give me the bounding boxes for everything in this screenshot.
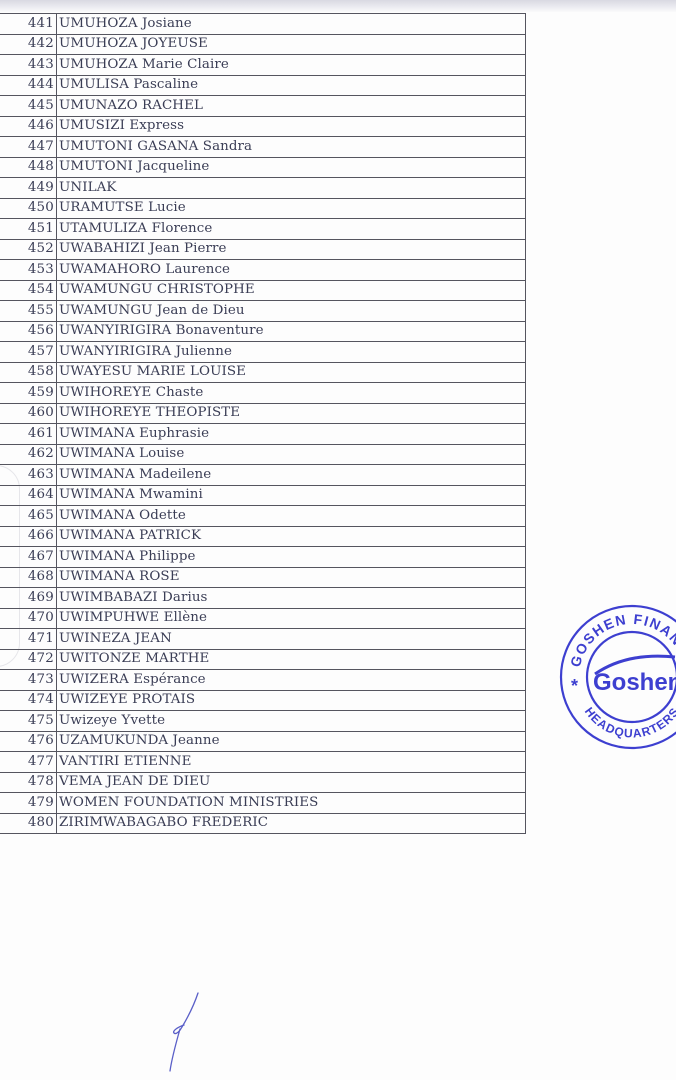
row-number: 462 bbox=[0, 444, 57, 465]
row-number: 464 bbox=[0, 485, 57, 506]
beneficiary-name: UNILAK bbox=[57, 178, 526, 199]
table-row: 477VANTIRI ETIENNE bbox=[0, 752, 526, 773]
beneficiary-name: UMUTONI GASANA Sandra bbox=[57, 137, 526, 158]
row-number: 458 bbox=[0, 362, 57, 383]
beneficiary-name: UWIMANA Euphrasie bbox=[57, 424, 526, 445]
row-number: 445 bbox=[0, 96, 57, 117]
row-number: 455 bbox=[0, 301, 57, 322]
beneficiary-name: UWAYESU MARIE LOUISE bbox=[57, 362, 526, 383]
row-number: 480 bbox=[0, 813, 57, 834]
row-number: 466 bbox=[0, 526, 57, 547]
beneficiary-name: UWANYIRIGIRA Bonaventure bbox=[57, 321, 526, 342]
table-row: 475Uwizeye Yvette bbox=[0, 711, 526, 732]
stamp-logo-text: Goshen bbox=[593, 669, 676, 696]
table-row: 449UNILAK bbox=[0, 178, 526, 199]
table-row: 473UWIZERA Espérance bbox=[0, 670, 526, 691]
row-number: 470 bbox=[0, 608, 57, 629]
row-number: 463 bbox=[0, 465, 57, 486]
row-number: 452 bbox=[0, 239, 57, 260]
table-row: 451UTAMULIZA Florence bbox=[0, 219, 526, 240]
beneficiary-name: UWIMBABAZI Darius bbox=[57, 588, 526, 609]
beneficiary-name: UZAMUKUNDA Jeanne bbox=[57, 731, 526, 752]
row-number: 450 bbox=[0, 198, 57, 219]
table-row: 479WOMEN FOUNDATION MINISTRIES bbox=[0, 793, 526, 814]
table-row: 466UWIMANA PATRICK bbox=[0, 526, 526, 547]
row-number: 446 bbox=[0, 116, 57, 137]
table-row: 443UMUHOZA Marie Claire bbox=[0, 55, 526, 76]
row-number: 479 bbox=[0, 793, 57, 814]
table-row: 469UWIMBABAZI Darius bbox=[0, 588, 526, 609]
beneficiary-name: UWAMAHORO Laurence bbox=[57, 260, 526, 281]
table-row: 453UWAMAHORO Laurence bbox=[0, 260, 526, 281]
beneficiary-name: UWIMANA Philippe bbox=[57, 547, 526, 568]
beneficiary-table-body: 441UMUHOZA Josiane442UMUHOZA JOYEUSE443U… bbox=[0, 14, 526, 834]
beneficiary-name: UWITONZE MARTHE bbox=[57, 649, 526, 670]
row-number: 461 bbox=[0, 424, 57, 445]
beneficiary-table: 441UMUHOZA Josiane442UMUHOZA JOYEUSE443U… bbox=[0, 13, 526, 834]
beneficiary-name: UWANYIRIGIRA Julienne bbox=[57, 342, 526, 363]
table-row: 467UWIMANA Philippe bbox=[0, 547, 526, 568]
row-number: 448 bbox=[0, 157, 57, 178]
table-row: 468UWIMANA ROSE bbox=[0, 567, 526, 588]
beneficiary-name: UWAMUNGU CHRISTOPHE bbox=[57, 280, 526, 301]
table-row: 455UWAMUNGU Jean de Dieu bbox=[0, 301, 526, 322]
beneficiary-name: UWIMPUHWE Ellène bbox=[57, 608, 526, 629]
beneficiary-name: UWIMANA Louise bbox=[57, 444, 526, 465]
row-number: 459 bbox=[0, 383, 57, 404]
table-row: 472UWITONZE MARTHE bbox=[0, 649, 526, 670]
row-number: 460 bbox=[0, 403, 57, 424]
row-number: 467 bbox=[0, 547, 57, 568]
beneficiary-name: UTAMULIZA Florence bbox=[57, 219, 526, 240]
table-row: 441UMUHOZA Josiane bbox=[0, 14, 526, 35]
table-row: 461UWIMANA Euphrasie bbox=[0, 424, 526, 445]
row-number: 468 bbox=[0, 567, 57, 588]
beneficiary-name: VEMA JEAN DE DIEU bbox=[57, 772, 526, 793]
row-number: 456 bbox=[0, 321, 57, 342]
table-row: 456UWANYIRIGIRA Bonaventure bbox=[0, 321, 526, 342]
table-row: 447UMUTONI GASANA Sandra bbox=[0, 137, 526, 158]
page-top-shadow bbox=[0, 0, 676, 12]
beneficiary-name: UMULISA Pascaline bbox=[57, 75, 526, 96]
beneficiary-name: Uwizeye Yvette bbox=[57, 711, 526, 732]
beneficiary-name: UWINEZA JEAN bbox=[57, 629, 526, 650]
beneficiary-name: UWIZEYE PROTAIS bbox=[57, 690, 526, 711]
beneficiary-name: UMUHOZA JOYEUSE bbox=[57, 34, 526, 55]
beneficiary-name: UWIZERA Espérance bbox=[57, 670, 526, 691]
table-row: 450URAMUTSE Lucie bbox=[0, 198, 526, 219]
table-row: 471UWINEZA JEAN bbox=[0, 629, 526, 650]
row-number: 441 bbox=[0, 14, 57, 35]
beneficiary-name: UWIMANA PATRICK bbox=[57, 526, 526, 547]
row-number: 447 bbox=[0, 137, 57, 158]
beneficiary-name: VANTIRI ETIENNE bbox=[57, 752, 526, 773]
row-number: 457 bbox=[0, 342, 57, 363]
beneficiary-name: WOMEN FOUNDATION MINISTRIES bbox=[57, 793, 526, 814]
table-row: 476UZAMUKUNDA Jeanne bbox=[0, 731, 526, 752]
row-number: 442 bbox=[0, 34, 57, 55]
beneficiary-name: UWIMANA Odette bbox=[57, 506, 526, 527]
beneficiary-name: UWIMANA ROSE bbox=[57, 567, 526, 588]
table-row: 470UWIMPUHWE Ellène bbox=[0, 608, 526, 629]
row-number: 453 bbox=[0, 260, 57, 281]
table-row: 444UMULISA Pascaline bbox=[0, 75, 526, 96]
beneficiary-name: UMUNAZO RACHEL bbox=[57, 96, 526, 117]
table-row: 446UMUSIZI Express bbox=[0, 116, 526, 137]
row-number: 476 bbox=[0, 731, 57, 752]
table-row: 459UWIHOREYE Chaste bbox=[0, 383, 526, 404]
row-number: 477 bbox=[0, 752, 57, 773]
row-number: 472 bbox=[0, 649, 57, 670]
table-row: 464UWIMANA Mwamini bbox=[0, 485, 526, 506]
row-number: 444 bbox=[0, 75, 57, 96]
beneficiary-name: UMUHOZA Marie Claire bbox=[57, 55, 526, 76]
beneficiary-name: UWIHOREYE Chaste bbox=[57, 383, 526, 404]
beneficiary-name: UMUTONI Jacqueline bbox=[57, 157, 526, 178]
beneficiary-name: URAMUTSE Lucie bbox=[57, 198, 526, 219]
table-row: 458UWAYESU MARIE LOUISE bbox=[0, 362, 526, 383]
beneficiary-name: UMUHOZA Josiane bbox=[57, 14, 526, 35]
table-row: 457UWANYIRIGIRA Julienne bbox=[0, 342, 526, 363]
table-row: 452UWABAHIZI Jean Pierre bbox=[0, 239, 526, 260]
beneficiary-name: UWIMANA Mwamini bbox=[57, 485, 526, 506]
row-number: 473 bbox=[0, 670, 57, 691]
stamp-star-icon: * bbox=[571, 676, 578, 696]
beneficiary-name: UMUSIZI Express bbox=[57, 116, 526, 137]
handwritten-signature bbox=[160, 985, 210, 1075]
beneficiary-name: ZIRIMWABAGABO FREDERIC bbox=[57, 813, 526, 834]
table-row: 442UMUHOZA JOYEUSE bbox=[0, 34, 526, 55]
goshen-finance-stamp: GOSHEN FINANCE HEADQUARTERS * Goshen bbox=[557, 602, 676, 752]
table-row: 465UWIMANA Odette bbox=[0, 506, 526, 527]
table-row: 448UMUTONI Jacqueline bbox=[0, 157, 526, 178]
row-number: 465 bbox=[0, 506, 57, 527]
table-row: 478VEMA JEAN DE DIEU bbox=[0, 772, 526, 793]
row-number: 478 bbox=[0, 772, 57, 793]
beneficiary-name: UWAMUNGU Jean de Dieu bbox=[57, 301, 526, 322]
table-row: 474UWIZEYE PROTAIS bbox=[0, 690, 526, 711]
row-number: 449 bbox=[0, 178, 57, 199]
table-row: 462UWIMANA Louise bbox=[0, 444, 526, 465]
row-number: 475 bbox=[0, 711, 57, 732]
row-number: 471 bbox=[0, 629, 57, 650]
table-row: 454UWAMUNGU CHRISTOPHE bbox=[0, 280, 526, 301]
row-number: 451 bbox=[0, 219, 57, 240]
beneficiary-name: UWIMANA Madeilene bbox=[57, 465, 526, 486]
table-row: 445UMUNAZO RACHEL bbox=[0, 96, 526, 117]
row-number: 454 bbox=[0, 280, 57, 301]
table-row: 463UWIMANA Madeilene bbox=[0, 465, 526, 486]
table-row: 460UWIHOREYE THEOPISTE bbox=[0, 403, 526, 424]
row-number: 469 bbox=[0, 588, 57, 609]
beneficiary-name: UWIHOREYE THEOPISTE bbox=[57, 403, 526, 424]
table-row: 480ZIRIMWABAGABO FREDERIC bbox=[0, 813, 526, 834]
beneficiary-name: UWABAHIZI Jean Pierre bbox=[57, 239, 526, 260]
row-number: 474 bbox=[0, 690, 57, 711]
row-number: 443 bbox=[0, 55, 57, 76]
